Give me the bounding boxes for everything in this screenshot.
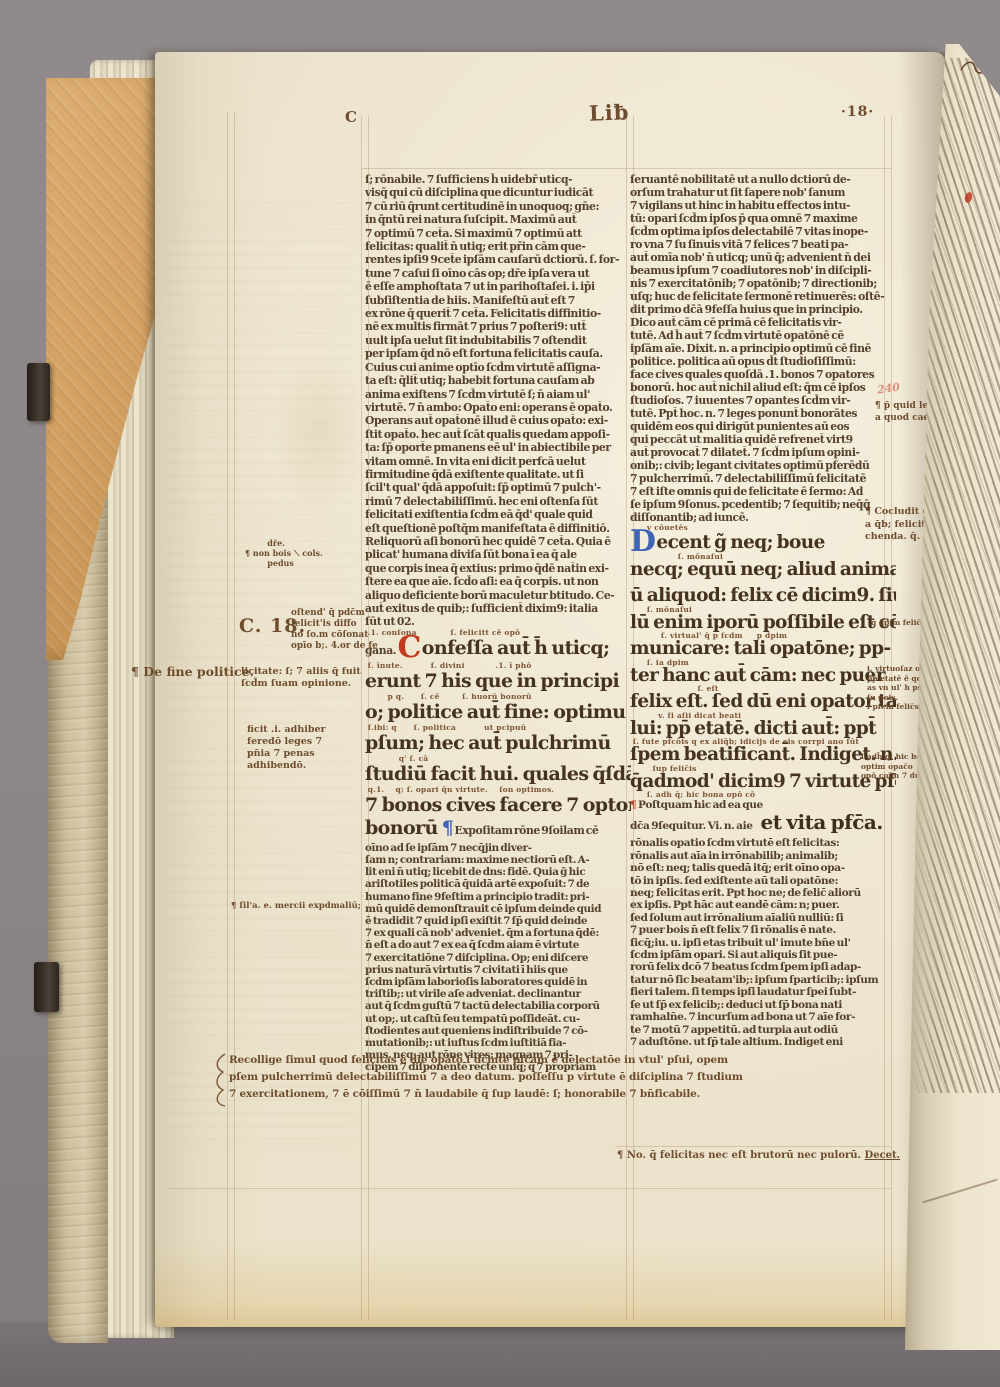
rubric-initial-line: .1. conſona ſ. felicitt̄ cē opō gana. Co… bbox=[365, 629, 631, 662]
text-line: neq; felicitas erit. Ppt̄ hoc ne; de fel… bbox=[630, 887, 896, 899]
text-line: onib;: civib; legant civitates optimū pf… bbox=[630, 459, 896, 472]
text-block: ſ; rōnabile. 7 ſufficiens h̄ uidebr̄ uti… bbox=[365, 173, 631, 629]
text-line: nō eſt: neq; talis quedā itq̄; erit oīno… bbox=[630, 862, 896, 874]
note-line: dr̄e. bbox=[245, 538, 323, 548]
text-line: felicitati exiſtentia ſcd̄m eā q̄d' qual… bbox=[365, 508, 631, 521]
lemma-block: ſ. mōnaſui necq; equū neq; aliud animali… bbox=[630, 553, 896, 792]
text-line: triſtib;: ut virile aſe adveniat. declin… bbox=[365, 988, 631, 1000]
note-line: pn̄ia 7 penas bbox=[247, 748, 326, 760]
lemma-line: ſ. ia dpim ter hanc aut̄ cām: nec puer bbox=[630, 659, 896, 686]
commentary-block: ſ. adh̄ q̄; hic bona opō cō ¶ Poſtquam h… bbox=[630, 791, 896, 1048]
text-line: diſſonantib; ad iuncē. bbox=[630, 511, 896, 524]
blue-paraph-mark: ¶ bbox=[442, 817, 454, 839]
text-line: tutē. Ppt̄ hoc. n. 7 leges ponunt̄ bonor… bbox=[630, 407, 896, 420]
text-line: rentes ipſi9 9cet̄e ipſām cauſarū dctior… bbox=[365, 253, 631, 266]
interlinear-gloss: ſ. īnute. ſ. divini .1. ī phō bbox=[365, 662, 631, 670]
margin-note-left-mid: ¶ ſil'a. e. mercii expdmaliū; bbox=[231, 901, 361, 911]
interlinear-gloss: p q. ſ. cē ſ. huorū bonorū bbox=[365, 693, 631, 701]
lemma-text: lū enim iporū poſſibile eſt cō- bbox=[630, 614, 896, 633]
ruling-line bbox=[361, 168, 891, 169]
text-line: visq̄ qui cū diſciplina que dicuntur iud… bbox=[365, 186, 631, 199]
text-line: 7 vigilans ut hinc in habitu effectos in… bbox=[630, 199, 896, 212]
text-line: uult ipſa uelut ſit indubitabilis 7 oſte… bbox=[365, 334, 631, 347]
lemma-text: ecent g̃ neq; boue bbox=[656, 532, 824, 553]
lemma-line: ſup felic̄is q̄admod' dicim9 7 virtute p… bbox=[630, 765, 896, 792]
lemma-text: 7 bonos cives facere 7 optore bbox=[365, 794, 631, 817]
text-line: ſtodientes aut̄ queniens indiſtribuide 7… bbox=[365, 1025, 631, 1037]
text-line: nē ex multis firmāt 7 prius 7 poſteri9: … bbox=[365, 320, 631, 333]
lemma-line: ſ. virtual' q̄ p ſcd̄m p dpim municare: … bbox=[630, 632, 896, 659]
lemma-line: ſ. mōnaſui lū enim iporū poſſibile eſt c… bbox=[630, 606, 896, 633]
folio-number: ·18· bbox=[841, 104, 874, 120]
text-line: aut̄ omīa nob' n̄ uticq; unū q̄; advenie… bbox=[630, 251, 896, 264]
text-line: Dico aut̄ cām cē primā cē felicitatis vi… bbox=[630, 316, 896, 329]
text-line: beamus ipſum 7 coadiutores nob' in diſci… bbox=[630, 264, 896, 277]
text-line: ta eſt: q̄lit̄ utiq; habebit fortuna cau… bbox=[365, 374, 631, 387]
text-line: ramhaln̄e. 7 incurſum ad bona ut 7 aīe f… bbox=[630, 1011, 896, 1023]
lemma-line: ſ.ibi: q ſ. politica ut pcipuū pſum; hec… bbox=[365, 724, 631, 755]
text-line: 7 pulcherrimū. 7 delectabiliſſimū felici… bbox=[630, 472, 896, 485]
interlinear-gloss: ſ.ibi: q ſ. politica ut pcipuū bbox=[365, 724, 631, 732]
text-fragment: Expoſitam rōne 9ſoilam cē bbox=[453, 824, 598, 837]
margin-chapter-note-continued: licitate: ſ; 7 aliis q̄ fuitſcd̄m ſuam o… bbox=[241, 666, 361, 690]
text-line: ta: ſp̄ oport̄e pmanens eē ul' in abiect… bbox=[365, 441, 631, 454]
text-line: politice. politica aū opus d̄t ſtudioſiſ… bbox=[630, 355, 896, 368]
note-line: ficit .i. adhiber bbox=[247, 724, 326, 736]
header-quire-mark: C bbox=[345, 108, 357, 126]
text-line: dit primo dc̄ā 9feſſa huius que in princ… bbox=[630, 303, 896, 316]
text-column-left: ſ; rōnabile. 7 ſufficiens h̄ uidebr̄ uti… bbox=[365, 173, 631, 1074]
text-block: oīno ad ſe ipſām 7 necq̄jin diver-ſam n;… bbox=[365, 842, 631, 1074]
lemma-text: pſum; hec aut̄ pulchrimū bbox=[365, 732, 631, 755]
text-line: bonorū. hoc aut̄ nichil aliud eſt: q̄m c… bbox=[630, 381, 896, 394]
lemma-line: ſ. fute pfcōis q ex aliq̄b; idicijs de e… bbox=[630, 738, 896, 765]
text-line: tō in ipſis. ſed exiſtente aū tali opatō… bbox=[630, 875, 896, 887]
text-line: uſq; huc de felicitate ſermonē retinuerē… bbox=[630, 290, 896, 303]
text-line: ſ; rōnabile. 7 ſufficiens h̄ uidebr̄ uti… bbox=[365, 173, 631, 186]
text-line: rimū 7 delectabiliſſimū. hec eni oſtenſa… bbox=[365, 495, 631, 508]
rubric-initial-line: v cōuetēs Decent g̃ neq; boue bbox=[630, 524, 896, 553]
text-line: ſe ut ſp̄ ex felicib;: deduci ut̄ ſp̄ bo… bbox=[630, 999, 896, 1011]
text-line: ſtudioſos. 7 iuuentes 7 opantes ſcd̄m vi… bbox=[630, 394, 896, 407]
ruling-line bbox=[615, 1146, 891, 1147]
lemma-text: ter hanc aut̄ cām: nec puer bbox=[630, 667, 896, 686]
text-line: ariſtotiles politicā q̄uidā artē expoſui… bbox=[365, 878, 631, 890]
margin-note-de-fine-politice: ¶ De fine politice. bbox=[131, 664, 254, 679]
note-line: felicit'is diffo bbox=[291, 619, 378, 630]
lemma-text: o; politice aut̄ fine: optimu bbox=[365, 701, 631, 724]
text-line: ē tradidit 7 quid ipſi exiſtit 7 ſp̄ qui… bbox=[365, 915, 631, 927]
red-initial: C bbox=[398, 630, 422, 662]
text-line: ut op;. ut caſtū ſeu tempatū poſſideāt. … bbox=[365, 1013, 631, 1025]
text-line: humano fine 9feſtim a principio tradit: … bbox=[365, 891, 631, 903]
faint-text-line bbox=[922, 1179, 997, 1204]
note-text: ¶ No. q̄ felicitas nec eſt brutorū nec p… bbox=[617, 1150, 865, 1161]
text-line: tune 7 caſui ſi oīno cās op; dr̄e ipſa v… bbox=[365, 267, 631, 280]
metal-clasp bbox=[34, 962, 59, 1012]
text-line: ſcil't qual' q̄dā appoſuit: ſp̄ optimū 7… bbox=[365, 481, 631, 494]
note-line: adhibendō. bbox=[247, 760, 326, 772]
text-line: 7 optimū 7 cet̄a. Si maximū 7 optimū att bbox=[365, 227, 631, 240]
text-line: Operans aut̄ opat̄onē illud ē cuius opat… bbox=[365, 414, 631, 427]
text-line: aut̄ provocat̄ 7 dilatet̄. 7 ſcd̄m ipſum… bbox=[630, 446, 896, 459]
note-line: ¶ non bois ⟍ cols. bbox=[245, 548, 323, 558]
text-line: mū quidē demonſtrauit cē ipſum deinde qu… bbox=[365, 903, 631, 915]
text-line: ex rōne q̄ querit̄ 7 cet̄a. Felicitatis … bbox=[365, 307, 631, 320]
text-line: orſum trahatur ut ſit ſapere nob' ſanum bbox=[630, 186, 896, 199]
text-line: rōnalis opatio ſcd̄m virtutē eſt felicit… bbox=[630, 837, 896, 849]
text-line: rōnalis aut̄ aīa in irrōnabilib; animali… bbox=[630, 850, 896, 862]
note-line: licitate: ſ; 7 aliis q̄ fuit bbox=[241, 666, 361, 678]
text-line: tatur nō ſic beatam'ib;: ipſum ſparticib… bbox=[630, 974, 896, 986]
bottom-nota-note: ¶ No. q̄ felicitas nec eſt brutorū nec p… bbox=[617, 1150, 900, 1161]
text-line: 7 exercitatiōne 7 diſciplina. Op; eni di… bbox=[365, 952, 631, 964]
lemma-text: ſpem beatificant̄. Indiget. n. bbox=[630, 746, 896, 765]
text-line: lit̄ eni n̄ utiq; licebit de d̄ns: fidē.… bbox=[365, 866, 631, 878]
underlined-word: Decet. bbox=[865, 1150, 901, 1161]
text-line: plicat' humana diviſa ſūt bona ī ea q̄ a… bbox=[365, 548, 631, 561]
lemma-text: q̄admod' dicim9 7 virtute pfc̄a: bbox=[630, 773, 896, 792]
text-line: eſt queſtionē poſtq̄m manifeſtata ē diff… bbox=[365, 522, 631, 535]
text-line: nis 7 exercitatōnib; 7 opatōnib; 7 direc… bbox=[630, 277, 896, 290]
manuscript-page: C Liƀ ·18· ſ; rōnabile. 7 ſufficiens h̄ … bbox=[155, 52, 945, 1327]
note-line: pſem pulcherrimū delectabiliſſimū 7 a de… bbox=[229, 1069, 743, 1086]
lemma-block: ſ. īnute. ſ. divini .1. ī phō erunt 7 hi… bbox=[365, 662, 631, 817]
text-line: aut̄ exitus de quib;: ſufficient̄ dixim9… bbox=[365, 602, 631, 615]
text-line: Reliquorū aſi bonorū hec quidē 7 cet̄a. … bbox=[365, 535, 631, 548]
lemma-text: municare: tali opatōne; pp- bbox=[630, 640, 896, 659]
text-fragment: Poſtquam hic ad ea que bbox=[636, 799, 763, 811]
text-block: ſeruantē nobilitatē ut a nullo dctiorū d… bbox=[630, 173, 896, 524]
text-line: ſicq̄;iu. u. ipſi etas tribuit ul' imute… bbox=[630, 937, 896, 949]
note-line: pedus bbox=[245, 558, 323, 568]
text-line: in q̄ntū rei natura ſuſcipit. Maximū aut… bbox=[365, 213, 631, 226]
text-line: ſe ipſum 9ſonus. pcedentib; 7 ſequitib; … bbox=[630, 498, 896, 511]
text-line: rorū felix dcō 7 beatus ſcd̄m ſpem ipſi … bbox=[630, 961, 896, 973]
text-line: Cuius cui anime optīo ſcd̄m virtutē aſſi… bbox=[365, 361, 631, 374]
text-line: ipſām aīe. Dixit. n. a principio optimū … bbox=[630, 342, 896, 355]
lemma-phrase: et vita pfc̄a. bbox=[753, 811, 883, 834]
text-line: mutationib;: ut iuſtus ſcd̄m iuſtitiā fi… bbox=[365, 1037, 631, 1049]
text-line: ſeruantē nobilitatē ut a nullo dctiorū d… bbox=[630, 173, 896, 186]
text-line: quidēm eos qui dirigūt punientes aū eos bbox=[630, 420, 896, 433]
note-line: 7 exercitationem, 7 ē cōiſſimū 7 n̄ laud… bbox=[229, 1086, 743, 1103]
text-line: ſubſiſtentia de hiis. Manifeſtū aut̄ eſt… bbox=[365, 294, 631, 307]
lemma-line: v. ſi aſii dicat beati lui: pp̄ etatē. d… bbox=[630, 712, 896, 739]
lemma-line: ſ. eſt felix eſt. ſed dū eni opator ta- bbox=[630, 685, 896, 712]
lemma-line: p q. ſ. cē ſ. huorū bonorū o; politice a… bbox=[365, 693, 631, 724]
note-line: Recollige ſimul quod felicitas ē dīe opā… bbox=[229, 1052, 743, 1069]
text-line: ſcd̄m ipſām laborioſis laboratores quidē… bbox=[365, 976, 631, 988]
margin-chapter-note: oſtend' q̄ pdc̄mfelicit'is diffono ſo.m … bbox=[291, 608, 378, 652]
lemma-line: q' ſ. cā ſtudiū facit hui. quales q̄ſdā bbox=[365, 755, 631, 786]
text-line: 7 ex quali cā nob' adveniet. q̄m a fortu… bbox=[365, 927, 631, 939]
text-line: ſtere ea que aīe. ſcd̄o aſi: ea q̄ corpi… bbox=[365, 575, 631, 588]
interlinear-gloss: q' ſ. cā bbox=[365, 755, 631, 763]
ruling-line bbox=[167, 1188, 891, 1189]
text-line: virtutē. 7 n̄ ambo: Opat̄o eni: operans … bbox=[365, 401, 631, 414]
text-line: te 7 motū 7 appetitū. ad turpia aut̄ odi… bbox=[630, 1024, 896, 1036]
text-line: ſtit opat̄o. hec aut̄ ſcāt qualis quedam… bbox=[365, 428, 631, 441]
margin-nota-cluster: dr̄e.¶ non bois ⟍ cols. pedus bbox=[245, 538, 323, 568]
parchment-stain bbox=[275, 352, 365, 512]
ruling-line bbox=[234, 112, 235, 1320]
margin-gloss-fragment: q̄ dpim felic̄ bbox=[871, 618, 921, 627]
text-line: que corpis inea q̄ extius: primo q̄dē na… bbox=[365, 562, 631, 575]
text-line: 7 puer bois n̄ eſt felix 7 ſi rōnalis ē … bbox=[630, 924, 896, 936]
ruling-line bbox=[227, 112, 228, 1320]
text-fragment: dc̄a 9ſequitur. Vi. n. aie bbox=[630, 820, 753, 832]
text-line: ſcd̄m optima ipſos delectabilē 7 vitas i… bbox=[630, 225, 896, 238]
text-line: aut̄ q̄ ſcd̄m guſtū 7 tactū delectabilia… bbox=[365, 1000, 631, 1012]
blue-initial: D bbox=[630, 524, 656, 553]
text-line: n̄ eſt a d̄o aut̄ 7 ex ea q̄ ſcd̄m aiam … bbox=[365, 939, 631, 951]
text-line: ro vna 7 ſu ſinuis vitā 7 felices 7 beat… bbox=[630, 238, 896, 251]
text-line: fieri talem. ſi temps ipſi laudatur ſpei… bbox=[630, 986, 896, 998]
note-line: opīo b;. 4.or de fe bbox=[291, 641, 378, 652]
lemma-text: onfeſſa aut̄ h̄ uticq; bbox=[422, 637, 610, 659]
text-line: ſcd̄m ipſām opari. Si aut̄ aliquis ſit p… bbox=[630, 949, 896, 961]
text-line: 7 aduſtōne. ut̄ ſp̄ tale altium. Indiget… bbox=[630, 1036, 896, 1048]
text-line: tū: opari ſcd̄m ipſos p̄ qua omnē 7 maxi… bbox=[630, 212, 896, 225]
text-line: ſam n; contrariam: maxime nectiorū eſt. … bbox=[365, 854, 631, 866]
block-transition-line: bonorū ¶ Expoſitam rōne 9ſoilam cē bbox=[365, 817, 631, 842]
note-line: no ſo.m cōſonat bbox=[291, 630, 378, 641]
margin-red-numeral: 240 bbox=[876, 380, 901, 396]
text-line: ē eſſe amphoſtata 7 ut in parihoſtaſei. … bbox=[365, 280, 631, 293]
text-line: tutē. Ad h̄ aut̄ 7 ſcd̄m virtutē opatōnē… bbox=[630, 329, 896, 342]
text-line: vitam omnē. In vita eni dicit perfcā uel… bbox=[365, 455, 631, 468]
text-line: ex ipſis. Ppt̄ hāc aut̄ eandē cām: n; pu… bbox=[630, 899, 896, 911]
text-block: rōnalis opatio ſcd̄m virtutē eſt felicit… bbox=[630, 837, 896, 1048]
lemma-text: erunt 7 his que in principi bbox=[365, 670, 631, 693]
text-line: face cives quales quoſdā .1. bonos 7 opa… bbox=[630, 368, 896, 381]
text-line: ſūt ut 02. bbox=[365, 615, 631, 628]
ruling-line bbox=[361, 116, 362, 1320]
lemma-text: ſtudiū facit hui. quales q̄ſdā bbox=[365, 763, 631, 786]
text-line: firmitudine q̄dā exiſtente qualitate. ut… bbox=[365, 468, 631, 481]
lemma-text: felix eſt. ſed dū eni opator ta- bbox=[630, 693, 896, 712]
text-line: per ipſam q̄d nō eſt fortuna felicitatis… bbox=[365, 347, 631, 360]
text-column-right: ſeruantē nobilitatē ut a nullo dctiorū d… bbox=[630, 173, 896, 1048]
lemma-text: ū aliquod: felix cē dicim9. ſiu- bbox=[630, 587, 896, 606]
lemma-line: ū aliquod: felix cē dicim9. ſiu- bbox=[630, 579, 896, 606]
lemma-text: lui: pp̄ etatē. dicti aut̄: ppt̄ bbox=[630, 720, 896, 739]
lemma-line: q.1. q; ſ. opari q̄n virtute. ſon optimo… bbox=[365, 786, 631, 817]
metal-clasp bbox=[27, 363, 50, 421]
interlinear-gloss: v cōuetēs bbox=[630, 524, 896, 532]
text-line: anima exiſtens 7 ſcd̄m virtutē ſ; n̄ aia… bbox=[365, 388, 631, 401]
note-line: ſcd̄m ſuam opinione. bbox=[241, 678, 361, 690]
note-line: oſtend' q̄ pdc̄m bbox=[291, 608, 378, 619]
text-line: oīno ad ſe ipſām 7 necq̄jin diver- bbox=[365, 842, 631, 854]
margin-note-leges: ficit .i. adhiberferedō leges 7pn̄ia 7 p… bbox=[247, 724, 326, 772]
text-line: 7 eſt iſte omnis qui de felicitate ē ſer… bbox=[630, 485, 896, 498]
lemma-line: ſ. īnute. ſ. divini .1. ī phō erunt 7 hi… bbox=[365, 662, 631, 693]
lemma-text: bonorū bbox=[365, 817, 438, 839]
text-line: qui peccāt ut malitia quidē refrenet̄ vi… bbox=[630, 433, 896, 446]
bracket-flourish bbox=[211, 1052, 229, 1108]
running-title: Liƀ bbox=[589, 99, 630, 125]
text-line: felicitas: qualit̄ n̄ utiq; erit pr̄in c… bbox=[365, 240, 631, 253]
lemma-line: ſ. mōnaſui necq; equū neq; aliud animali… bbox=[630, 553, 896, 580]
text-line: aliquo deficiente borū maculetur btitudo… bbox=[365, 589, 631, 602]
lemma-text: necq; equū neq; aliud animali- bbox=[630, 561, 896, 580]
note-line: q̄ dpim felic̄ bbox=[871, 618, 921, 627]
note-line: feredō leges 7 bbox=[247, 736, 326, 748]
bottom-summary-note: Recollige ſimul quod felicitas ē dīe opā… bbox=[229, 1052, 743, 1103]
interlinear-gloss: ſ. adh̄ q̄; hic bona opō cō bbox=[630, 791, 896, 799]
interlinear-gloss: q.1. q; ſ. opari q̄n virtute. ſon optimo… bbox=[365, 786, 631, 794]
text-line: ſed ſolum aut̄ irrōnalium aīaliū nulliū:… bbox=[630, 912, 896, 924]
text-line: 7 cū riū q̄runt certitudinē in unoquoq; … bbox=[365, 200, 631, 213]
text-line: prius naturā virtutis 7 civitati ī hiis … bbox=[365, 964, 631, 976]
